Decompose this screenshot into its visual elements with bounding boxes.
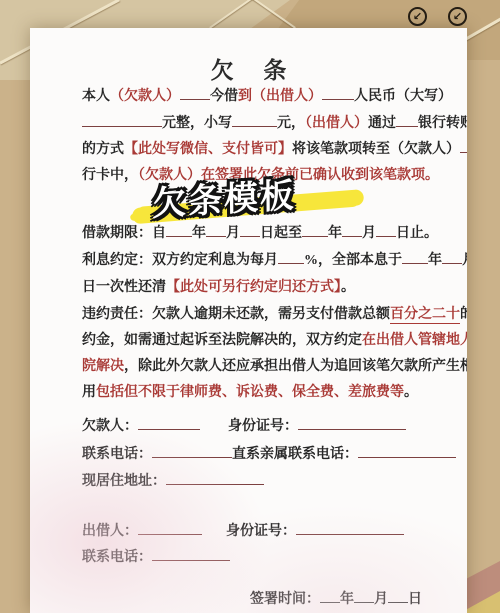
text-segment: 身份证号： [226, 524, 296, 539]
text-segment: 月 [362, 226, 376, 241]
lender-phone-row: 联系电话： [82, 548, 230, 567]
breach-line-2: 约金，如需通过起诉至法院解决的，双方约定在出借人管辖地人民法 [82, 331, 467, 350]
text-segment: （欠款人） [110, 89, 180, 104]
text-segment: 日止。 [396, 226, 438, 241]
blank-field [320, 590, 340, 603]
blank-field [298, 417, 406, 430]
blank-field [388, 590, 408, 603]
blank-field [180, 87, 210, 100]
spacer [200, 429, 228, 430]
text-segment: 约金，如需通过起诉至法院解决的，双方约定 [82, 333, 362, 348]
breach-line-3: 院解决，除此外欠款人还应承担出借人为追回该笔欠款所产生相关费 [82, 357, 467, 376]
debtor-name-id-row: 欠款人：身份证号： [82, 417, 406, 436]
blank-field [166, 472, 264, 485]
text-segment: 违约责任：欠款人逾期未还款，需另支付借款总额 [82, 307, 390, 322]
blank-field [302, 224, 328, 237]
top-icon-row: ↙ ↙ [408, 7, 467, 26]
interest-line-2: 日一次性还清【此处可另行约定归还方式】。 [82, 278, 355, 297]
blank-field [278, 251, 304, 264]
text-segment: 月 [462, 253, 467, 268]
intro-line-3: 的方式【此处写微信、支付皆可】将该笔款项转至（欠款人）银 [82, 140, 467, 159]
text-segment: 将该笔款项转至（欠款人） [292, 142, 460, 157]
signature-date-row: 签署时间：年月日 [250, 590, 422, 609]
text-segment: 直系亲属联系电话： [232, 447, 358, 462]
spacer [202, 534, 226, 535]
text-segment: 院解决 [82, 359, 124, 374]
text-segment: 银行转账 [418, 116, 467, 131]
text-segment: 日起至 [260, 226, 302, 241]
blank-field [322, 87, 354, 100]
text-segment: 。 [404, 385, 418, 400]
text-segment: 出借人： [82, 524, 138, 539]
text-segment: 联系电话： [82, 550, 152, 565]
document-title: 欠 条 [30, 52, 467, 85]
text-segment: ，除此外欠款人还应承担出借人为追回该笔欠款所产生相关费 [124, 359, 467, 374]
blank-field [342, 224, 362, 237]
page-background: ↙ ↙ 欠 条 本人（欠款人）今借到（出借人）人民币（大写） 元整，小写元，（出… [0, 0, 500, 613]
blank-field [152, 445, 232, 458]
text-segment: 通过 [368, 116, 396, 131]
text-segment: 元整，小写 [162, 116, 232, 131]
text-segment: 年 [328, 226, 342, 241]
text-segment: 年 [192, 226, 206, 241]
text-segment: 【此处可另行约定归还方式】 [166, 280, 341, 295]
text-segment: 今借 [210, 89, 238, 104]
text-segment: 欠款人： [82, 419, 138, 434]
circle-arrow-icon[interactable]: ↙ [448, 7, 467, 26]
text-segment: （出借人） [252, 89, 322, 104]
text-segment: 年 [428, 253, 442, 268]
blank-field [152, 548, 230, 561]
text-segment: 利息约定：双方约定利息为每月 [82, 253, 278, 268]
breach-line-4: 用包括但不限于律师费、诉讼费、保全费、差旅费等。 [82, 383, 418, 402]
text-segment: 用 [82, 385, 96, 400]
intro-line-1: 本人（欠款人）今借到（出借人）人民币（大写） [82, 87, 452, 106]
text-segment: 本人 [82, 89, 110, 104]
text-segment: 日一次性还清 [82, 280, 166, 295]
text-segment: 现居住地址： [82, 474, 166, 489]
blank-field [82, 114, 162, 127]
text-segment: 【此处写微信、支付皆可】 [124, 142, 292, 157]
blank-field [442, 251, 462, 264]
blank-field [232, 114, 277, 127]
blank-field [138, 522, 202, 535]
text-segment: 签署时间： [250, 592, 320, 607]
blank-field [402, 251, 428, 264]
lender-name-id-row: 出借人：身份证号： [82, 522, 404, 541]
blank-field [358, 445, 456, 458]
text-segment: 行卡中， [82, 168, 138, 183]
yellow-highlighter-stroke [136, 189, 365, 223]
blank-field [206, 224, 226, 237]
text-segment: （欠款人）在签署此欠条前已确认收到该笔款项。 [138, 168, 439, 183]
intro-line-2: 元整，小写元，（出借人）通过银行转账 [82, 114, 467, 133]
text-segment: 的违 [460, 307, 467, 322]
debtor-phone-row: 联系电话：直系亲属联系电话： [82, 445, 456, 464]
text-segment: 借款期限：自 [82, 226, 166, 241]
breach-line-1: 违约责任：欠款人逾期未还款，需另支付借款总额百分之二十的违 [82, 305, 467, 324]
text-segment: 日 [408, 592, 422, 607]
intro-line-4: 行卡中，（欠款人）在签署此欠条前已确认收到该笔款项。 [82, 166, 439, 185]
interest-line-1: 利息约定：双方约定利息为每月%，全部本息于年月 [82, 251, 467, 270]
text-segment: 包括但不限于律师费、诉讼费、保全费、差旅费等 [96, 385, 404, 400]
blank-field [240, 224, 260, 237]
blank-field [138, 417, 200, 430]
text-segment: 百分之二十 [390, 307, 460, 324]
debtor-address-row: 现居住地址： [82, 472, 264, 491]
text-segment: 联系电话： [82, 447, 152, 462]
blank-field [296, 522, 404, 535]
text-segment: 。 [341, 280, 355, 295]
text-segment: 在出借人管辖地人民法 [362, 333, 467, 348]
blank-field [354, 590, 374, 603]
blank-field [376, 224, 396, 237]
text-segment: 的方式 [82, 142, 124, 157]
blank-field [460, 140, 467, 153]
yellow-highlighter-tail [130, 206, 190, 221]
blank-field [166, 224, 192, 237]
circle-arrow-icon[interactable]: ↙ [408, 7, 427, 26]
text-segment: （出借人） [305, 116, 368, 131]
text-segment: 身份证号： [228, 419, 298, 434]
text-segment: 年 [340, 592, 354, 607]
loan-term-line: 借款期限：自年月日起至年月日止。 [82, 224, 438, 243]
text-segment: 月 [226, 226, 240, 241]
iou-document-paper: 欠 条 本人（欠款人）今借到（出借人）人民币（大写） 元整，小写元，（出借人）通… [30, 28, 467, 613]
blank-field [396, 114, 418, 127]
text-segment: 到 [238, 89, 252, 104]
text-segment: 月 [374, 592, 388, 607]
text-segment: 人民币（大写） [354, 89, 452, 104]
text-segment: %，全部本息于 [304, 253, 402, 268]
text-segment: 元， [277, 116, 305, 131]
